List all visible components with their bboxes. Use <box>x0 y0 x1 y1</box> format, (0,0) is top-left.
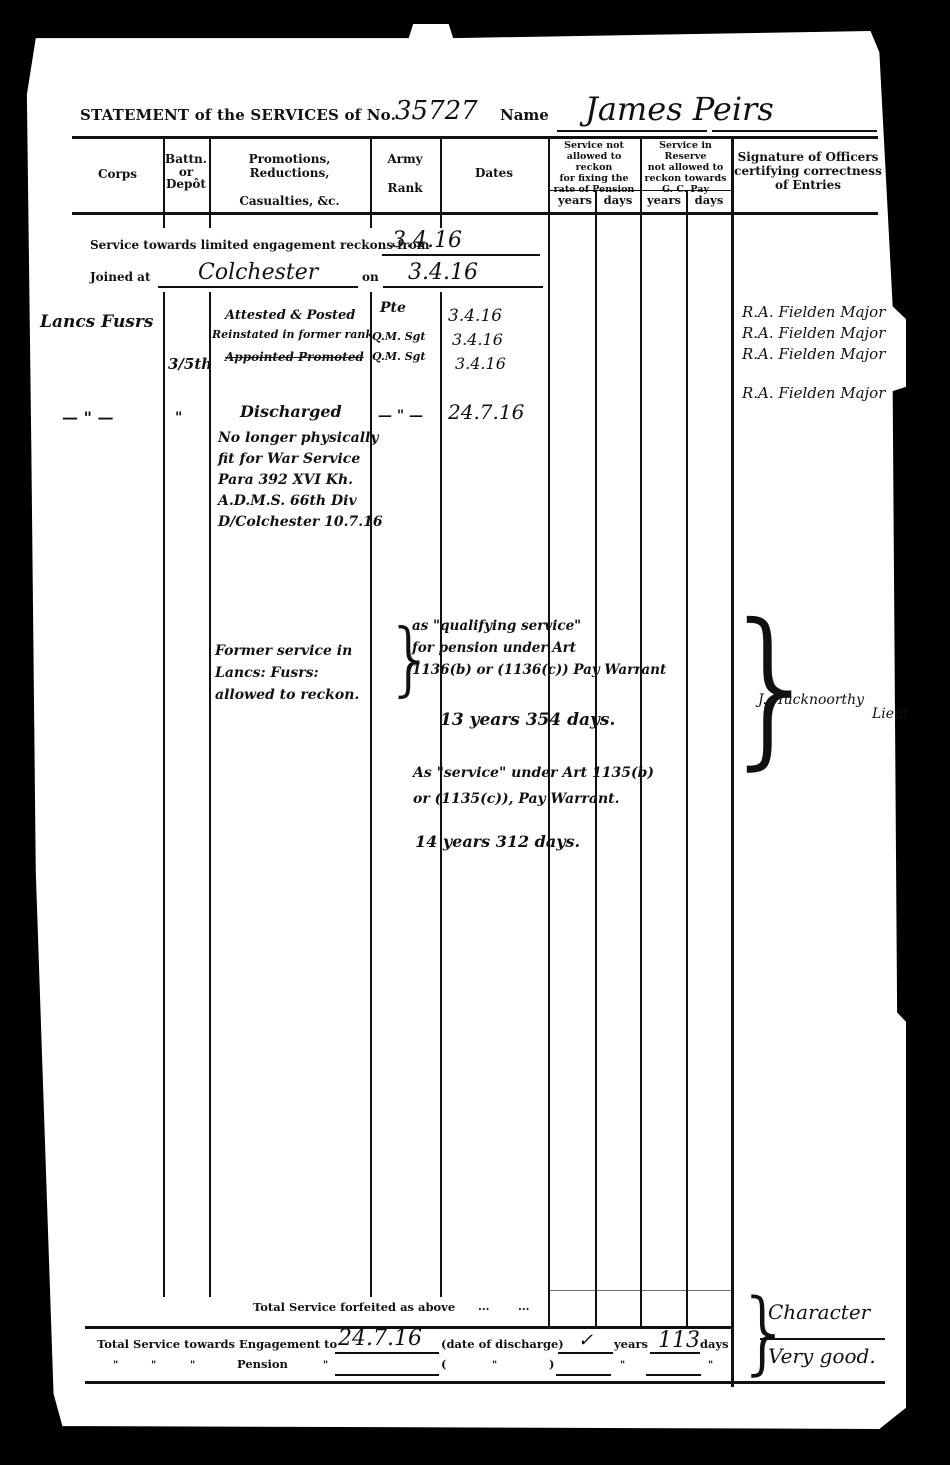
col-line-pension <box>548 137 550 1327</box>
entry-event-discharged: Discharged <box>240 402 342 421</box>
joined-label: Joined at <box>90 270 151 284</box>
former-service-signature: J. Hucknoorthy <box>758 692 864 708</box>
on-label: on <box>362 270 379 284</box>
pension-label: Pension <box>237 1357 288 1371</box>
pension-years-header: years <box>555 193 595 208</box>
brace-icon-right: } <box>718 602 826 772</box>
forfeited-dots-2: ... <box>518 1300 530 1313</box>
engagement-years: ✓ <box>578 1330 593 1351</box>
discharge-label: (date of discharge) <box>441 1337 564 1351</box>
pension-days-underline <box>646 1374 701 1376</box>
pension-days-header: days <box>596 193 640 208</box>
years-label: years <box>614 1337 648 1351</box>
name-value: James Peirs <box>585 90 774 128</box>
joined-date: 3.4.16 <box>408 260 478 285</box>
name-underline <box>557 130 707 132</box>
entry-date-2: 3.4.16 <box>455 354 506 373</box>
reserve-days-header: days <box>687 193 731 208</box>
reckons-underline <box>382 254 540 256</box>
pension-ditto-1: " <box>113 1360 118 1371</box>
col-line-rank <box>370 137 372 1297</box>
totals-top-divider <box>548 1290 731 1291</box>
qualifying-service-note: as "qualifying service" for pension unde… <box>412 615 666 681</box>
character-value: Very good. <box>768 1344 876 1368</box>
joined-place: Colchester <box>198 260 318 285</box>
entry-rank-1: Q.M. Sgt <box>372 330 425 343</box>
service-number: 35727 <box>395 96 478 126</box>
days-label: days <box>700 1337 729 1351</box>
officer-signatures: R.A. Fielden Major R.A. Fielden Major R.… <box>742 302 885 404</box>
name-underline-2 <box>712 130 877 132</box>
reckons-label: Service towards limited engagement recko… <box>90 238 429 252</box>
pension-paren-close: ) <box>549 1357 554 1371</box>
engagement-days: 113 <box>658 1328 700 1353</box>
pension-ditto-4: " <box>323 1360 328 1371</box>
entry-date-0: 3.4.16 <box>448 306 502 326</box>
col-header-dates: Dates <box>440 166 548 181</box>
entry-corps-ditto: — " — <box>62 408 113 427</box>
engagement-date-underline <box>335 1352 439 1354</box>
former-service-note: Former service in Lancs: Fusrs: allowed … <box>215 640 359 706</box>
entry-date-3: 24.7.16 <box>448 400 524 424</box>
joined-place-underline <box>158 286 358 288</box>
entry-rank-0: Pte <box>380 300 406 316</box>
pension-ditto-3: " <box>190 1360 195 1371</box>
forfeited-dots-1: ... <box>478 1300 490 1313</box>
service-note: As "service" under Art 1135(b) or (1135(… <box>413 760 654 812</box>
header-bottom-rule <box>72 212 878 215</box>
forfeited-label: Total Service forfeited as above <box>253 1300 455 1314</box>
pension-ditto-2: " <box>151 1360 156 1371</box>
pension-ditto-7: " <box>708 1360 713 1371</box>
entry-event-attested: Attested & Posted <box>225 308 355 323</box>
entry-corps: Lancs Fusrs <box>40 312 153 332</box>
qualifying-total: 13 years 354 days. <box>440 710 615 730</box>
entry-date-1: 3.4.16 <box>452 330 503 349</box>
pension-years-underline <box>556 1374 611 1376</box>
col-header-rank: Army Rank <box>370 152 440 196</box>
entry-battn-ditto: " <box>175 410 182 426</box>
entry-rank-2: Q.M. Sgt <box>372 350 425 363</box>
col-header-pension: Service not allowed to reckon for fixing… <box>548 140 640 195</box>
document-title: STATEMENT of the SERVICES of No. <box>80 106 396 124</box>
pension-date-underline <box>335 1374 439 1376</box>
col-header-reserve: Service in Reserve not allowed to reckon… <box>640 140 731 195</box>
col-line-pension-days <box>595 190 597 1327</box>
entry-battn: 3/5th <box>168 355 212 373</box>
reckons-value: 3.4.16 <box>392 228 462 253</box>
pension-ditto-5: " <box>492 1360 497 1371</box>
joined-date-underline <box>383 286 543 288</box>
reserve-years-header: years <box>642 193 686 208</box>
col-header-corps: Corps <box>72 167 163 182</box>
entry-event-appointed: Appointed Promoted <box>225 350 364 364</box>
col-line-battn <box>163 137 165 1297</box>
engagement-date: 24.7.16 <box>338 1326 422 1351</box>
col-header-battn: Battn. or Depôt <box>163 152 209 192</box>
discharge-note: No longer physically fit for War Service… <box>218 428 383 533</box>
engagement-total-label: Total Service towards Engagement to <box>97 1337 337 1351</box>
service-total: 14 years 312 days. <box>415 832 580 851</box>
pension-paren-open: ( <box>441 1357 446 1371</box>
col-line-promotions <box>209 137 211 1297</box>
name-label: Name <box>500 106 549 124</box>
former-service-signature-title: Lieut <box>872 706 909 722</box>
character-divider <box>760 1338 885 1340</box>
character-label: Character <box>768 1300 870 1324</box>
entry-rank-ditto: — " — <box>378 408 423 424</box>
col-line-reserve-days <box>686 190 688 1327</box>
col-header-promotions: Promotions, Reductions, Casualties, &c. <box>209 152 370 208</box>
years-underline <box>558 1352 613 1354</box>
pension-ditto-6: " <box>620 1360 625 1371</box>
header-top-rule <box>72 136 878 139</box>
entry-event-reinstated: Reinstated in former rank <box>212 328 373 341</box>
col-header-signature: Signature of Officers certifying correct… <box>733 150 883 192</box>
col-line-reserve <box>640 137 642 1327</box>
